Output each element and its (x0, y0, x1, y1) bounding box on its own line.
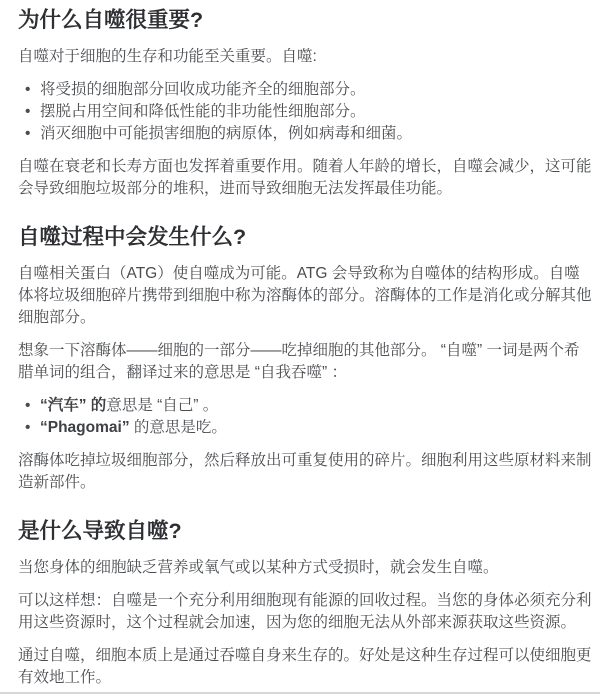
paragraph: 可以这样想：自噬是一个充分利用细胞现有能源的回收过程。当您的身体必须充分利用这些… (18, 590, 592, 634)
term-bold: “汽车” 的 (40, 397, 106, 414)
paragraph: 溶酶体吃掉垃圾细胞部分，然后释放出可重复使用的碎片。细胞利用这些原材料来制造新部… (18, 450, 592, 494)
paragraph: 当您身体的细胞缺乏营养或氧气或以某种方式受损时，就会发生自噬。 (18, 557, 592, 579)
list-item: “Phagomai” 的意思是吃。 (40, 417, 592, 439)
paragraph: 自噬相关蛋白（ATG）使自噬成为可能。ATG 会导致称为自噬体的结构形成。自噬体… (18, 263, 592, 329)
list-item: 摆脱占用空间和降低性能的非功能性细胞部分。 (40, 101, 592, 123)
bullet-list: 将受损的细胞部分回收成功能齐全的细胞部分。 摆脱占用空间和降低性能的非功能性细胞… (18, 79, 592, 145)
section-heading: 自噬过程中会发生什么? (18, 224, 592, 250)
paragraph: 自噬对于细胞的生存和功能至关重要。自噬: (18, 46, 592, 68)
article: 为什么自噬很重要? 自噬对于细胞的生存和功能至关重要。自噬: 将受损的细胞部分回… (0, 0, 600, 689)
paragraph: 通过自噬，细胞本质上是通过吞噬自身来生存的。好处是这种生存过程可以使细胞更有效地… (18, 645, 592, 689)
section-what-happens-during-autophagy: 自噬过程中会发生什么? 自噬相关蛋白（ATG）使自噬成为可能。ATG 会导致称为… (18, 224, 592, 494)
section-heading: 是什么导致自噬? (18, 518, 592, 544)
list-item: “汽车” 的意思是 “自己” 。 (40, 395, 592, 417)
term-definition: 意思是 “自己” 。 (106, 397, 218, 414)
bullet-list: “汽车” 的意思是 “自己” 。 “Phagomai” 的意思是吃。 (18, 395, 592, 439)
list-item: 将受损的细胞部分回收成功能齐全的细胞部分。 (40, 79, 592, 101)
section-heading: 为什么自噬很重要? (18, 7, 592, 33)
term-bold: “Phagomai” (40, 419, 130, 436)
list-item: 消灭细胞中可能损害细胞的病原体，例如病毒和细菌。 (40, 123, 592, 145)
paragraph: 想象一下溶酶体——细胞的一部分——吃掉细胞的其他部分。 “自噬” 一词是两个希腊… (18, 340, 592, 384)
term-definition: 的意思是吃。 (130, 419, 227, 436)
section-why-autophagy-important: 为什么自噬很重要? 自噬对于细胞的生存和功能至关重要。自噬: 将受损的细胞部分回… (18, 7, 592, 200)
section-what-causes-autophagy: 是什么导致自噬? 当您身体的细胞缺乏营养或氧气或以某种方式受损时，就会发生自噬。… (18, 518, 592, 689)
paragraph: 自噬在衰老和长寿方面也发挥着重要作用。随着人年龄的增长，自噬会减少，这可能会导致… (18, 156, 592, 200)
